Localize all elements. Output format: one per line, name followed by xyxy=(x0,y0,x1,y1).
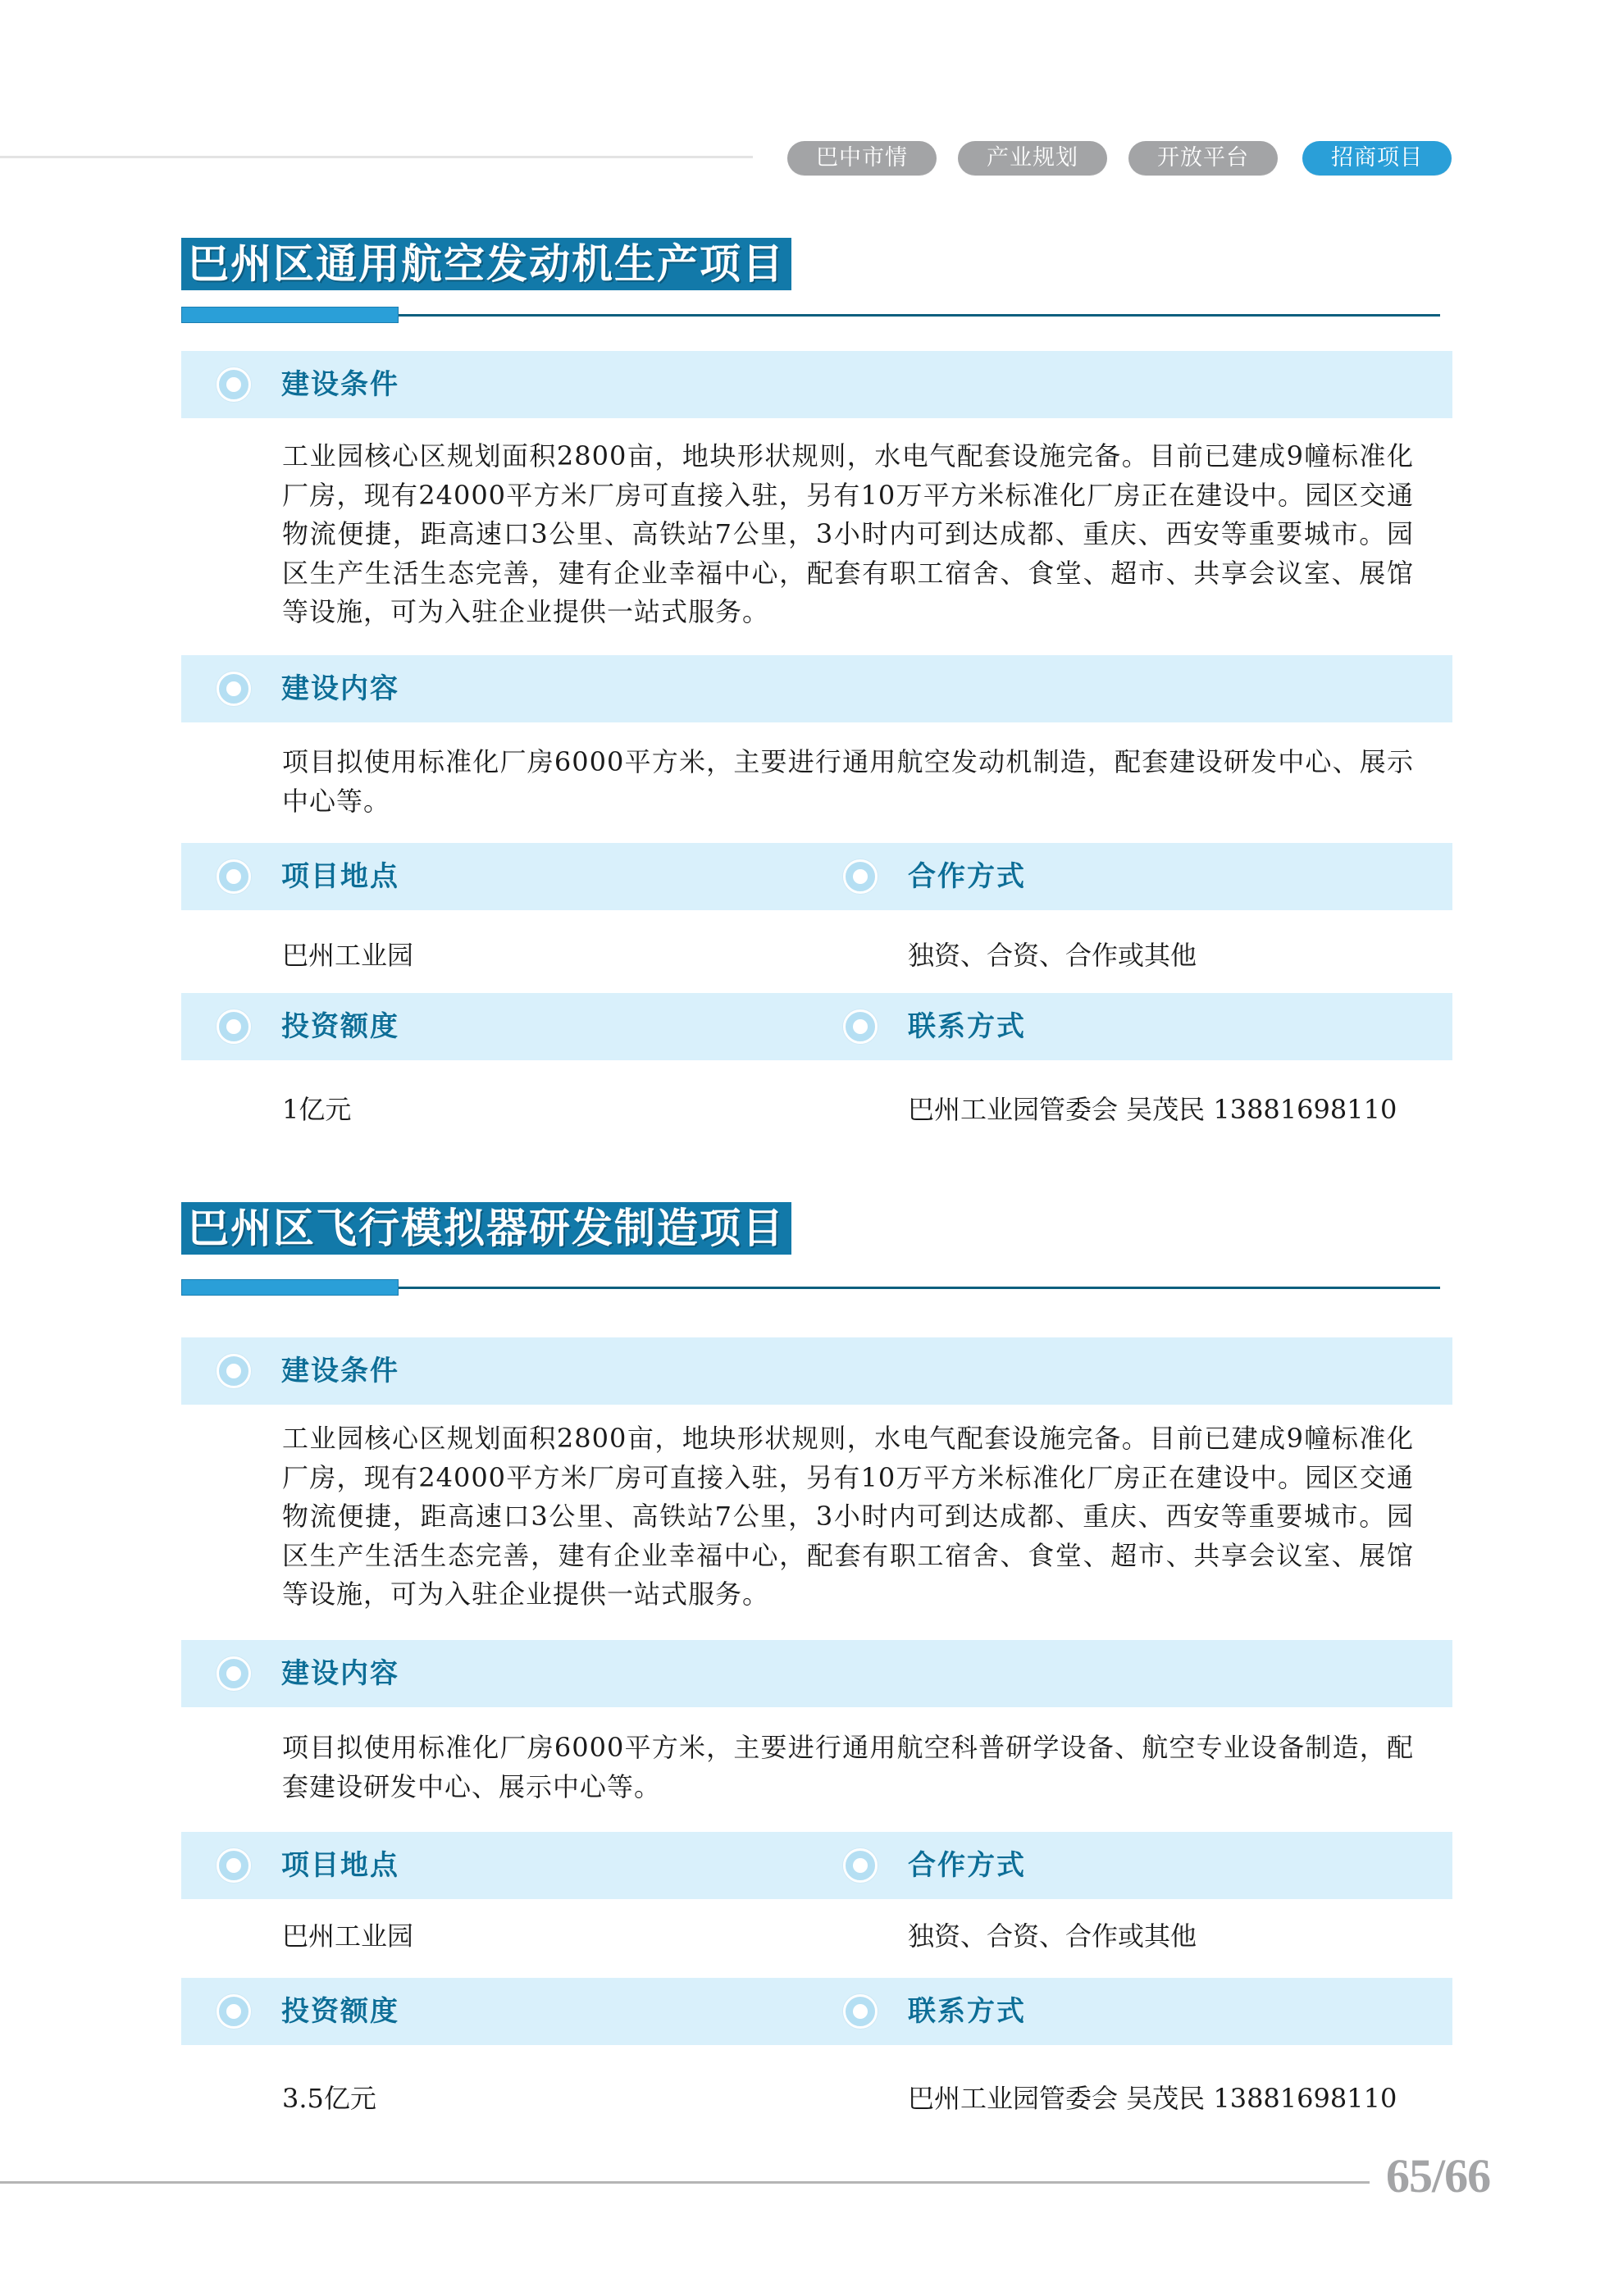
section-bar-location-cooperation: 项目地点 合作方式 xyxy=(181,1832,1452,1899)
section-label-conditions: 建设条件 xyxy=(281,351,399,418)
contact-value: 巴州工业园管委会 吴茂民 13881698110 xyxy=(908,2080,1397,2118)
nav-tab-investment-projects[interactable]: 招商项目 xyxy=(1302,141,1452,175)
section-bar-content: 建设内容 xyxy=(181,1640,1452,1707)
section-bar-conditions: 建设条件 xyxy=(181,1337,1452,1405)
project-title: 巴州区通用航空发动机生产项目 xyxy=(181,238,791,290)
contact-value: 巴州工业园管委会 吴茂民 13881698110 xyxy=(908,1091,1397,1129)
section-label-contact: 联系方式 xyxy=(908,1978,1026,2045)
section-label-cooperation: 合作方式 xyxy=(908,1832,1026,1899)
content-text: 项目拟使用标准化厂房6000平方米，主要进行通用航空科普研学设备、航空专业设备制… xyxy=(282,1729,1414,1806)
conditions-text: 工业园核心区规划面积2800亩，地块形状规则，水电气配套设施完备。目前已建成9幢… xyxy=(282,1419,1414,1615)
circle-bullet-icon xyxy=(217,1994,251,2029)
circle-bullet-icon xyxy=(217,1656,251,1691)
section-label-location: 项目地点 xyxy=(281,843,399,910)
header-rule xyxy=(0,156,753,158)
title-underline-accent xyxy=(181,1279,399,1296)
circle-bullet-icon xyxy=(843,1994,878,2029)
section-label-content: 建设内容 xyxy=(281,1640,399,1707)
investment-value: 3.5亿元 xyxy=(282,2080,376,2118)
circle-bullet-icon xyxy=(217,1848,251,1883)
circle-bullet-icon xyxy=(843,1009,878,1044)
section-label-contact: 联系方式 xyxy=(908,993,1026,1060)
circle-bullet-icon xyxy=(217,859,251,894)
title-underline-rule xyxy=(399,1287,1440,1289)
circle-bullet-icon xyxy=(843,1848,878,1883)
section-bar-content: 建设内容 xyxy=(181,655,1452,722)
section-label-investment: 投资额度 xyxy=(281,993,399,1060)
section-bar-conditions: 建设条件 xyxy=(181,351,1452,418)
project-title: 巴州区飞行模拟器研发制造项目 xyxy=(181,1202,791,1255)
section-bar-investment-contact: 投资额度 联系方式 xyxy=(181,1978,1452,2045)
investment-value: 1亿元 xyxy=(282,1091,351,1129)
circle-bullet-icon xyxy=(217,367,251,402)
content-text: 项目拟使用标准化厂房6000平方米，主要进行通用航空发动机制造，配套建设研发中心… xyxy=(282,743,1414,821)
cooperation-value: 独资、合资、合作或其他 xyxy=(908,936,1197,975)
section-label-content: 建设内容 xyxy=(281,655,399,722)
footer-rule xyxy=(0,2181,1370,2184)
cooperation-value: 独资、合资、合作或其他 xyxy=(908,1917,1197,1956)
circle-bullet-icon xyxy=(217,1009,251,1044)
page-number: 65/66 xyxy=(1386,2148,1490,2203)
section-label-cooperation: 合作方式 xyxy=(908,843,1026,910)
location-value: 巴州工业园 xyxy=(282,936,413,975)
title-underline-accent xyxy=(181,307,399,323)
title-underline-rule xyxy=(399,314,1440,317)
conditions-text: 工业园核心区规划面积2800亩，地块形状规则，水电气配套设施完备。目前已建成9幢… xyxy=(282,437,1414,632)
circle-bullet-icon xyxy=(217,672,251,706)
section-label-location: 项目地点 xyxy=(281,1832,399,1899)
section-bar-investment-contact: 投资额度 联系方式 xyxy=(181,993,1452,1060)
nav-tab-bazhong-overview[interactable]: 巴中市情 xyxy=(787,141,937,175)
nav-tab-industry-planning[interactable]: 产业规划 xyxy=(958,141,1107,175)
section-label-investment: 投资额度 xyxy=(281,1978,399,2045)
section-bar-location-cooperation: 项目地点 合作方式 xyxy=(181,843,1452,910)
location-value: 巴州工业园 xyxy=(282,1917,413,1956)
section-label-conditions: 建设条件 xyxy=(281,1337,399,1405)
nav-tab-open-platform[interactable]: 开放平台 xyxy=(1128,141,1278,175)
circle-bullet-icon xyxy=(217,1354,251,1388)
circle-bullet-icon xyxy=(843,859,878,894)
